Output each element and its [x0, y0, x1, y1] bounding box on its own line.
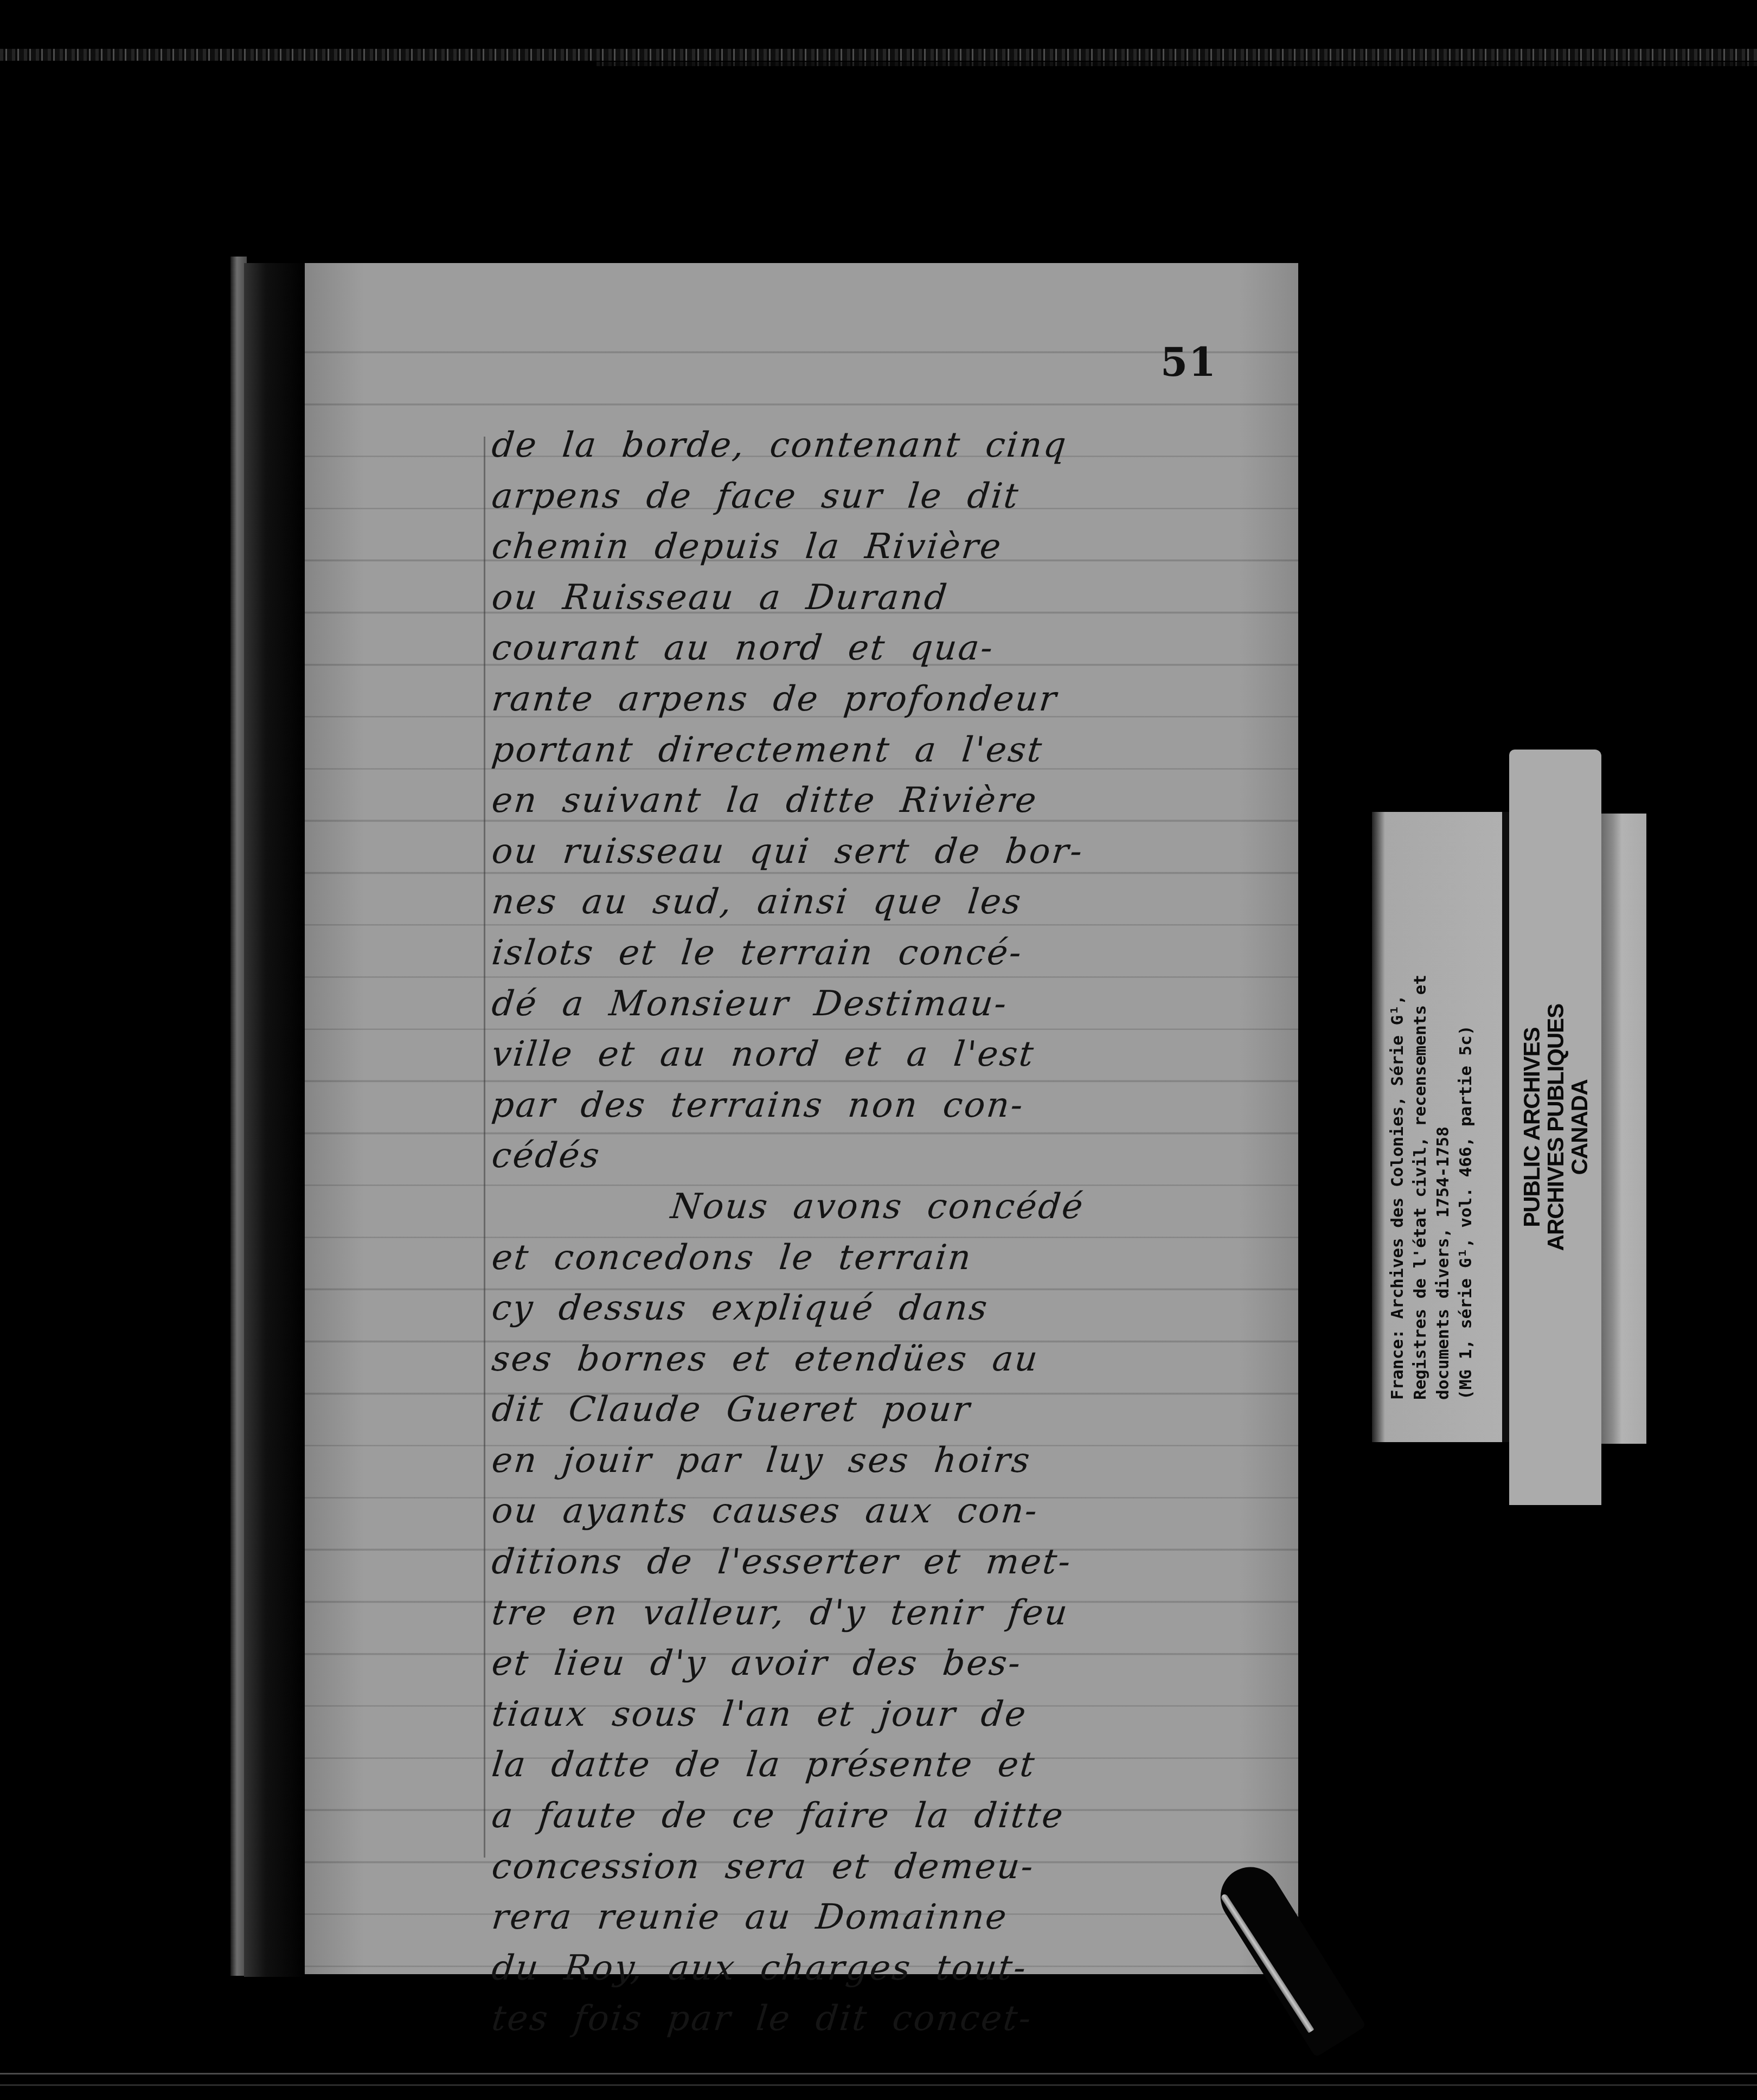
archive-stamp-line: ARCHIVES PUBLIQUES	[1544, 750, 1568, 1505]
handwritten-line: ou Ruisseau a Durand	[489, 573, 1254, 624]
handwritten-line: cédés	[489, 1131, 1254, 1182]
handwritten-line: par des terrains non con-	[489, 1080, 1254, 1131]
ledger-page: 51 de la borde, contenant cinqarpens de …	[305, 263, 1298, 1974]
handwritten-text-block: de la borde, contenant cinqarpens de fac…	[492, 420, 1251, 2045]
page-number: 51	[1160, 339, 1217, 385]
archive-stamp-line: CANADA	[1568, 750, 1592, 1505]
handwritten-line: et lieu d'y avoir des bes-	[489, 1638, 1254, 1689]
handwritten-line: chemin depuis la Rivière	[489, 522, 1254, 573]
handwritten-line: dit Claude Gueret pour	[489, 1385, 1254, 1436]
handwritten-line: tes fois par le dit concet-	[489, 1994, 1254, 2045]
handwritten-line: en suivant la ditte Rivière	[489, 776, 1254, 827]
handwritten-line: ditions de l'esserter et met-	[489, 1537, 1254, 1588]
handwritten-line: ses bornes et etendües au	[489, 1334, 1254, 1385]
handwritten-line: Nous avons concédé	[489, 1182, 1254, 1233]
label-edge-strip	[1601, 814, 1646, 1444]
handwritten-line: ou ruisseau qui sert de bor-	[489, 827, 1254, 878]
scan-artifact-top	[0, 49, 1757, 61]
archive-source-line: France: Archives des Colonies, Série G¹,	[1386, 812, 1409, 1400]
handwritten-line: tre en valleur, d'y tenir feu	[489, 1588, 1254, 1639]
handwritten-line: tiaux sous l'an et jour de	[489, 1689, 1254, 1740]
book-spine-shadow	[244, 263, 306, 1977]
handwritten-line: arpens de face sur le dit	[489, 471, 1254, 522]
archive-stamp-line: PUBLIC ARCHIVES	[1520, 750, 1544, 1505]
handwritten-line: portant directement a l'est	[489, 725, 1254, 776]
scan-artifact-bottom	[0, 2073, 1757, 2075]
handwritten-line: a faute de ce faire la ditte	[489, 1791, 1254, 1842]
handwritten-line: rante arpens de profondeur	[489, 674, 1254, 725]
label-divider	[1502, 812, 1510, 1442]
handwritten-line: rera reunie au Domainne	[489, 1892, 1254, 1943]
handwritten-line: islots et le terrain concé-	[489, 928, 1254, 979]
archive-stamp-label: PUBLIC ARCHIVESARCHIVES PUBLIQUESCANADA	[1509, 750, 1601, 1505]
archive-source-line: (MG 1, série G¹, vol. 466, partie 5c)	[1454, 812, 1477, 1400]
handwritten-line: en jouir par luy ses hoirs	[489, 1436, 1254, 1487]
archive-source-text: France: Archives des Colonies, Série G¹,…	[1372, 812, 1502, 1442]
archive-stamp-text: PUBLIC ARCHIVESARCHIVES PUBLIQUESCANADA	[1509, 750, 1601, 1505]
archive-source-label: France: Archives des Colonies, Série G¹,…	[1372, 812, 1502, 1442]
archive-source-line: documents divers, 1754-1758	[1432, 812, 1454, 1400]
handwritten-line: ou ayants causes aux con-	[489, 1486, 1254, 1537]
handwritten-line: du Roy, aux charges tout-	[489, 1943, 1254, 1994]
handwritten-line: de la borde, contenant cinq	[489, 420, 1254, 471]
handwritten-line: cy dessus expliqué dans	[489, 1283, 1254, 1334]
handwritten-line: courant au nord et qua-	[489, 623, 1254, 674]
margin-rule	[484, 437, 485, 1858]
handwritten-line: concession sera et demeu-	[489, 1842, 1254, 1893]
handwritten-line: ville et au nord et a l'est	[489, 1029, 1254, 1080]
handwritten-line: la datte de la présente et	[489, 1740, 1254, 1791]
handwritten-line: dé a Monsieur Destimau-	[489, 979, 1254, 1030]
scan-artifact-bottom-secondary	[0, 2084, 1757, 2086]
archive-source-line: Registres de l'état civil, recensements …	[1409, 812, 1432, 1400]
handwritten-line: et concedons le terrain	[489, 1233, 1254, 1284]
scan-artifact-top-secondary	[597, 62, 1757, 66]
handwritten-line: nes au sud, ainsi que les	[489, 877, 1254, 928]
